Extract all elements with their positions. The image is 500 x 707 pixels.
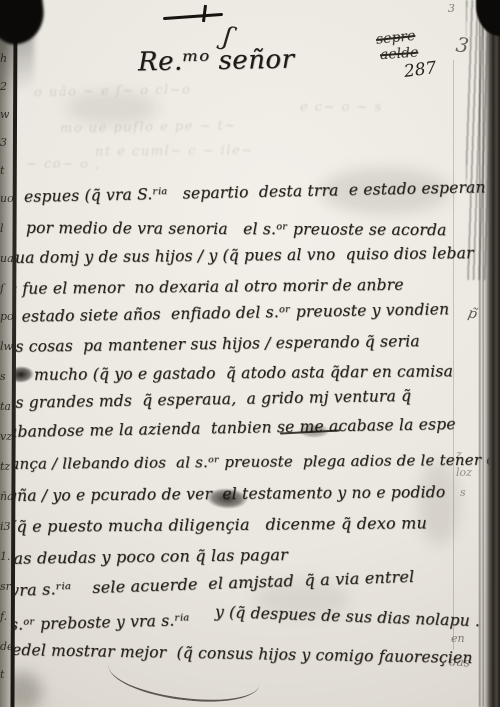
scan-shadow-top-left (0, 0, 47, 47)
manuscript-line: por medio de vra senoria el s.ᵒʳ preuost… (26, 219, 447, 239)
cross-horizontal-stroke (163, 13, 223, 20)
folio-number: 287 (403, 58, 438, 82)
gutter-text-fragment: uo (0, 192, 13, 205)
manuscript-line: s fue el menor no dexaria al otro morir … (9, 276, 404, 298)
margin-mark: z (456, 448, 462, 461)
manuscript-line: has deudas y poco con q̃ las pagar (3, 545, 288, 568)
manuscript-line: o estado siete años enfiado del s.ᵒʳ pre… (7, 300, 450, 326)
gutter-text-fragment: lw (0, 340, 13, 353)
manuscript-line: s.ᵒʳ preboste y vra s.ʳⁱᵃ (10, 611, 190, 634)
manuscript-line: vra s.ʳⁱᵃ sele acuerde el amjstad q̃ a v… (10, 567, 415, 600)
manuscript-line: as cosas pa mantener sus hijos / esperan… (6, 332, 420, 356)
margin-mark: p̃ (466, 305, 478, 323)
gutter-text-fragment: f. (0, 610, 13, 623)
margin-mark: das (449, 654, 471, 669)
gutter-text-fragment: 1. (0, 550, 13, 563)
margin-mark: s (460, 486, 466, 499)
gutter-text-fragment: ña (0, 490, 13, 503)
margin-mark: 3 (448, 2, 455, 15)
page-fold-line (453, 60, 454, 650)
bleedthrough-text: o uão ~ e ſ~ o cl~o (34, 83, 192, 101)
gutter-text-fragment: 2 (0, 80, 13, 93)
gutter-text-fragment: t (0, 164, 13, 177)
gutter-text-fragment: ſ (0, 282, 13, 295)
gutter-text-fragment: l (0, 222, 13, 235)
gutter-text-fragment: de (0, 640, 13, 653)
bleedthrough-text: ~ co~ o , (26, 157, 101, 172)
gutter-text-fragment: w (0, 108, 13, 121)
margin-mark: loz (456, 466, 472, 479)
bleedthrough-text: nt e cuml~ c ~ ile~ (95, 143, 254, 159)
bleedthrough-text: e c~ o ~ s (300, 100, 383, 115)
gutter-text-fragment: ua (0, 252, 13, 265)
manuscript-line: mucho (q̃ yo e gastado q̃ atodo asta q̃d… (34, 362, 453, 384)
page-edge-shadow (485, 0, 500, 707)
gutter-text-fragment: vz (0, 430, 13, 443)
ink-blot (298, 424, 330, 438)
gutter-text-fragment: sr (0, 580, 13, 593)
manuscript-page: o uão ~ e ſ~ o cl~o e c~ o ~ s mo ue puſ… (0, 0, 500, 707)
gutter-text-fragment: h (0, 52, 13, 65)
gutter-text-fragment: ta (0, 400, 13, 413)
gutter-text-fragment: 3 (0, 136, 13, 149)
gutter-text-fragment: tz (0, 460, 13, 473)
manuscript-line: ua domj y de sus hijos / y (q̃ pues al v… (15, 244, 474, 267)
gutter-text-fragment: t (0, 668, 13, 681)
manuscript-line: y (q̃ despues de sus dias nolapu . (215, 603, 481, 630)
gutter-text-fragment: po (0, 310, 13, 323)
manuscript-line: abandose me la azienda tanbien se me aca… (8, 415, 456, 441)
salutation-heading: Re.ᵐᵒ señor (138, 45, 295, 78)
gutter-text-fragment: s (0, 370, 13, 383)
manuscript-line: (q̃ e puesto mucha diligençia dicenme q̃… (10, 513, 427, 536)
gutter-text-fragment: i3 (0, 520, 13, 533)
bleedthrough-text: mo ue puſlo e pe ~ t~ (60, 118, 237, 136)
manuscript-line: as grandes mds q̃ esperaua, a grido mj v… (6, 387, 412, 412)
